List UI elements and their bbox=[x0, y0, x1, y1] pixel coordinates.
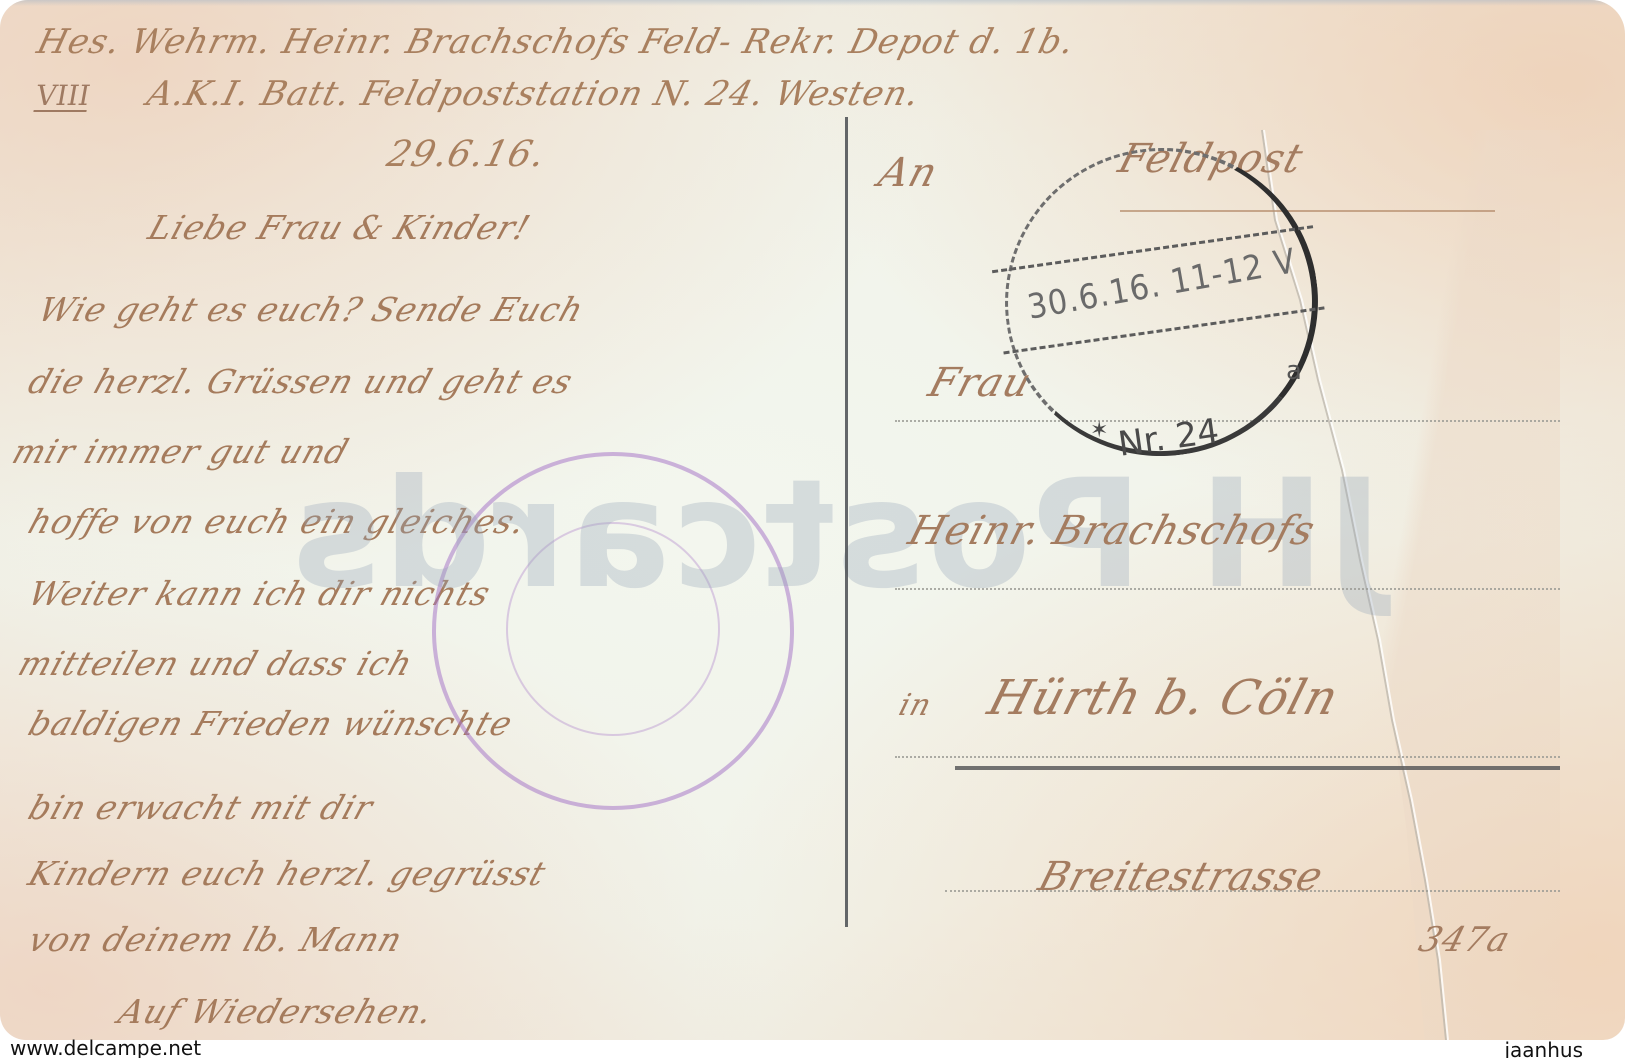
letter-date: 29.6.16. bbox=[383, 134, 550, 175]
address-line-3 bbox=[895, 756, 1560, 758]
message-line: bin erwacht mit dir bbox=[24, 788, 379, 827]
address-street: Breitestrasse bbox=[1033, 854, 1328, 900]
address-name: Heinr. Brachschofs bbox=[903, 508, 1320, 554]
footer-source-link[interactable]: www.delcampe.net bbox=[10, 1036, 201, 1058]
postmark-letter: a bbox=[1286, 356, 1302, 386]
address-divider bbox=[845, 117, 848, 927]
postcard-back: Hes. Wehrm. Heinr. Brachschofs Feld- Rek… bbox=[0, 0, 1625, 1040]
message-line: baldigen Frieden wünschte bbox=[24, 704, 518, 743]
message-line: Kindern euch herzl. gegrüsst bbox=[24, 854, 552, 893]
sender-corps-numeral: VIII bbox=[33, 82, 92, 112]
address-city: Hürth b. Cöln bbox=[982, 670, 1345, 726]
message-salutation: Liebe Frau & Kinder! bbox=[144, 208, 536, 247]
sender-line-1: Hes. Wehrm. Heinr. Brachschofs Feld- Rek… bbox=[33, 22, 1079, 62]
message-line: die herzl. Grüssen und geht es bbox=[24, 362, 579, 401]
address-line-4 bbox=[945, 890, 1560, 892]
message-line: mitteilen und dass ich bbox=[14, 644, 419, 683]
postmark-star-icon: ✶ bbox=[1090, 418, 1108, 443]
message-line: von deinem lb. Mann bbox=[24, 920, 408, 959]
footer-seller-name: jaanhus bbox=[1504, 1038, 1583, 1058]
address-city-underline bbox=[955, 766, 1560, 770]
message-closing: Auf Wiedersehen. bbox=[114, 992, 439, 1031]
address-line-2 bbox=[895, 588, 1560, 590]
address-house-number: 347a bbox=[1414, 920, 1515, 960]
sender-line-2: A.K.I. Batt. Feldpoststation N. 24. West… bbox=[143, 74, 924, 114]
footer-bar bbox=[0, 1040, 1625, 1058]
message-line: Wie geht es euch? Sende Euch bbox=[34, 290, 590, 329]
